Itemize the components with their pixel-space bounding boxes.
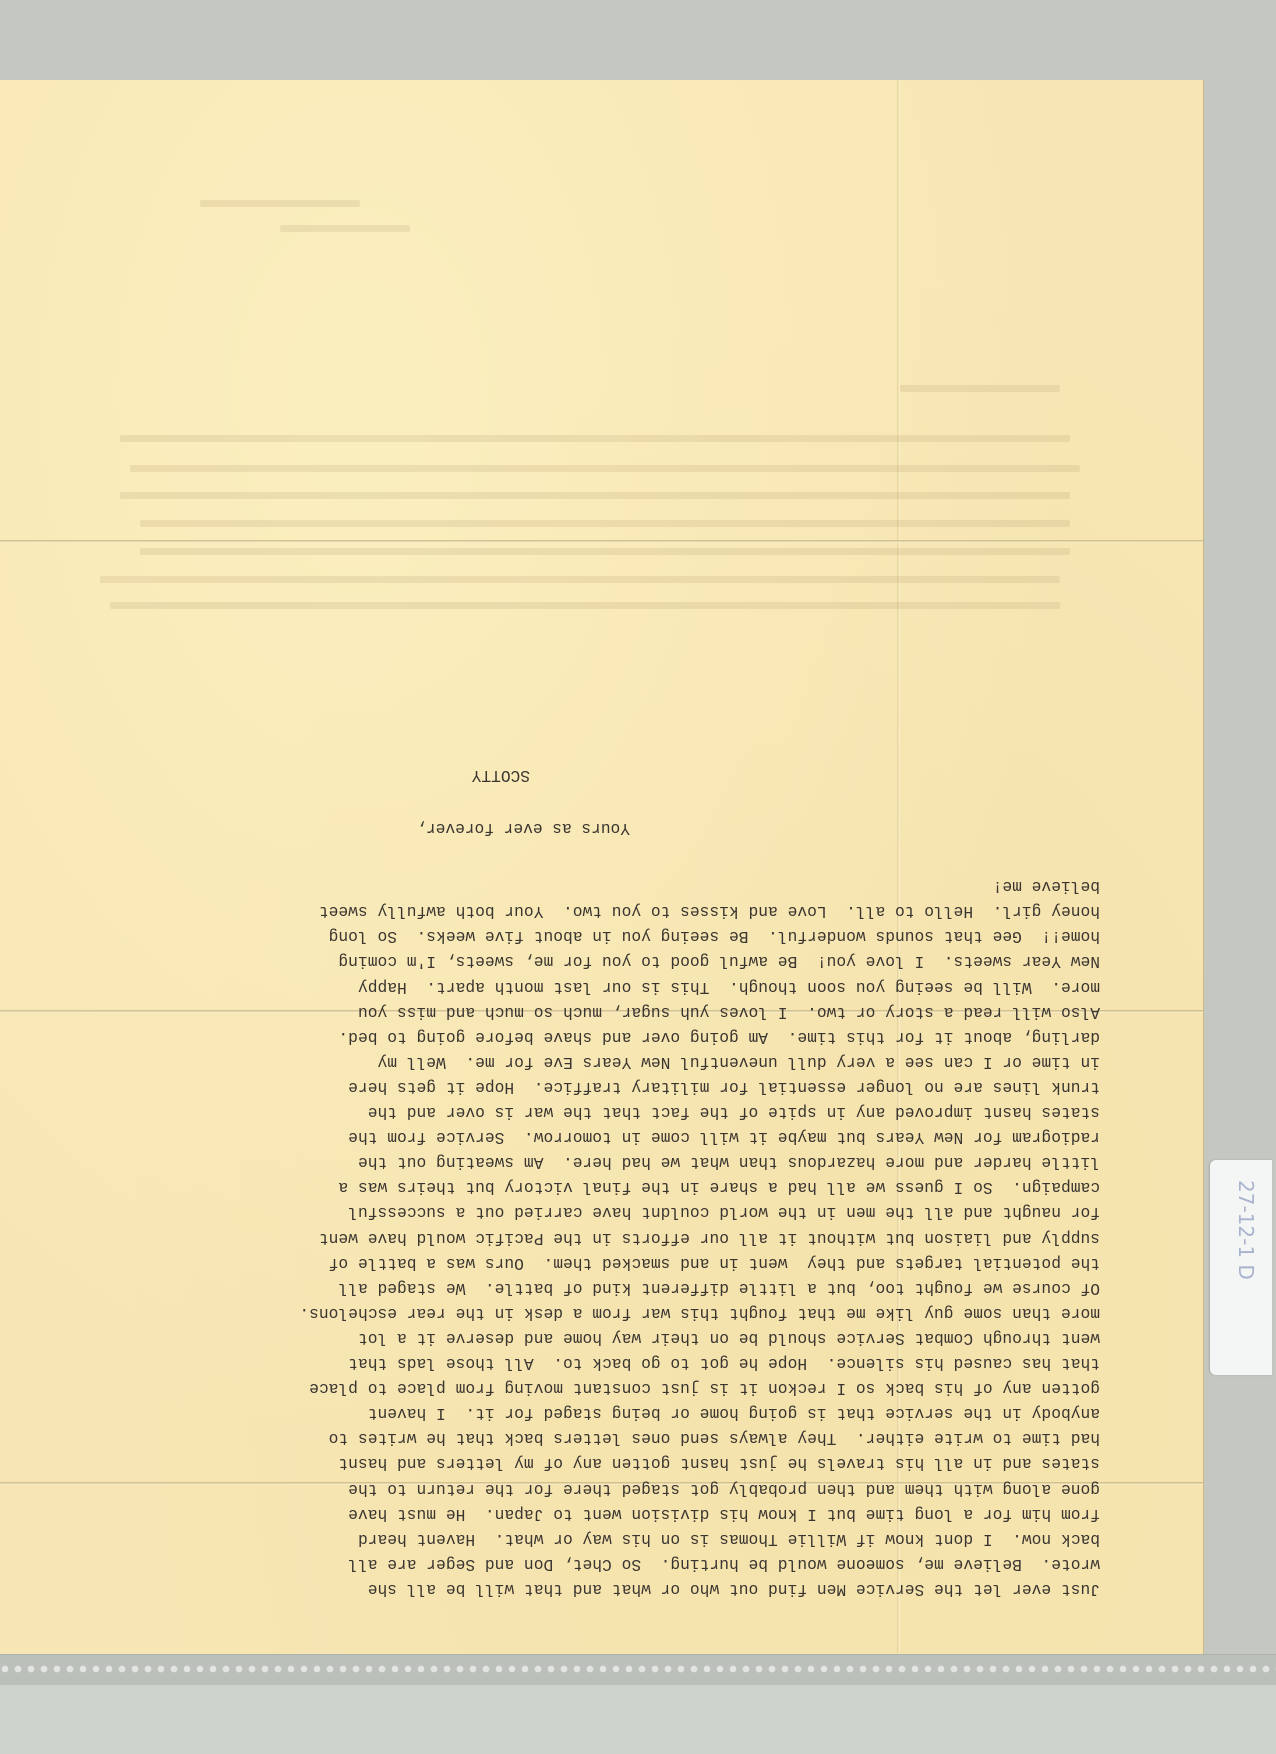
letter-line: went through Combat Service should be on…: [358, 1329, 1100, 1347]
letter-line: Also will read a story or two. I loves y…: [358, 1003, 1100, 1021]
closing-line: Yours as ever forever,: [416, 819, 630, 837]
letter-text-rotated: Yours as ever forever, SCOTTY Just ever …: [95, 762, 1100, 1602]
archive-tag: 27-12-1 D: [1210, 1160, 1272, 1375]
letter-line: that has caused his silence. Hope he got…: [348, 1354, 1100, 1372]
letter-line: in time or I can see a very dull unevent…: [377, 1053, 1100, 1071]
letter-line: wrote. Believe me, someone would be hurt…: [348, 1555, 1100, 1573]
letter-line: back now. I dont know if Willie Thomas i…: [358, 1530, 1100, 1548]
letter-line: radiogram for New Years but maybe it wil…: [348, 1128, 1100, 1146]
letter-line: trunk lines are no longer essential for …: [348, 1078, 1100, 1096]
letter-line: gone along with them and then probably g…: [348, 1480, 1100, 1498]
letter-line: the potential targets and they went in a…: [329, 1254, 1100, 1272]
letter-line: darling, about it for this time. Am goin…: [338, 1028, 1100, 1046]
letter-line: little harder and more hazardous than wh…: [358, 1153, 1100, 1171]
letter-line: supply and liaison but without it all ou…: [319, 1229, 1100, 1247]
letter-line: Just ever let the Service Men find out w…: [368, 1580, 1100, 1598]
letter-line: more than some guy like me that fought t…: [299, 1304, 1100, 1322]
sleeve-perforation: [0, 1663, 1276, 1675]
letter-line: home!! Gee that sounds wonderful. Be see…: [329, 927, 1100, 945]
signature: SCOTTY: [472, 766, 530, 784]
letter-line: campaign. So I guess we all had a share …: [338, 1178, 1100, 1196]
letter-line: gotten any of his back so I reckon it is…: [309, 1379, 1100, 1397]
sleeve-background: [0, 1685, 1276, 1754]
archive-tag-label: 27-12-1 D: [1234, 1180, 1258, 1380]
letter-line: states hasnt improved any in spite of th…: [368, 1103, 1100, 1121]
letter-line: states and in all his travels he just ha…: [338, 1455, 1100, 1473]
letter-line: honey girl. Hello to all. Love and kisse…: [319, 902, 1100, 920]
letter-line: anybody in the service that is going hom…: [368, 1404, 1100, 1422]
horizontal-fold-crease: [0, 540, 1203, 543]
letter-line: had time to write either. They always se…: [329, 1429, 1100, 1447]
letter-line: more. Will be seeing you soon though. Th…: [358, 978, 1100, 996]
letter-line: for naught and all the men in the world …: [348, 1204, 1100, 1222]
letter-line: Of course we fought too, but a little di…: [338, 1279, 1100, 1297]
letter-line: New Year sweets. I love you! Be awful go…: [338, 953, 1100, 971]
letter-line: from him for a long time but I know his …: [348, 1505, 1100, 1523]
letter-line: believe me!: [993, 877, 1100, 895]
